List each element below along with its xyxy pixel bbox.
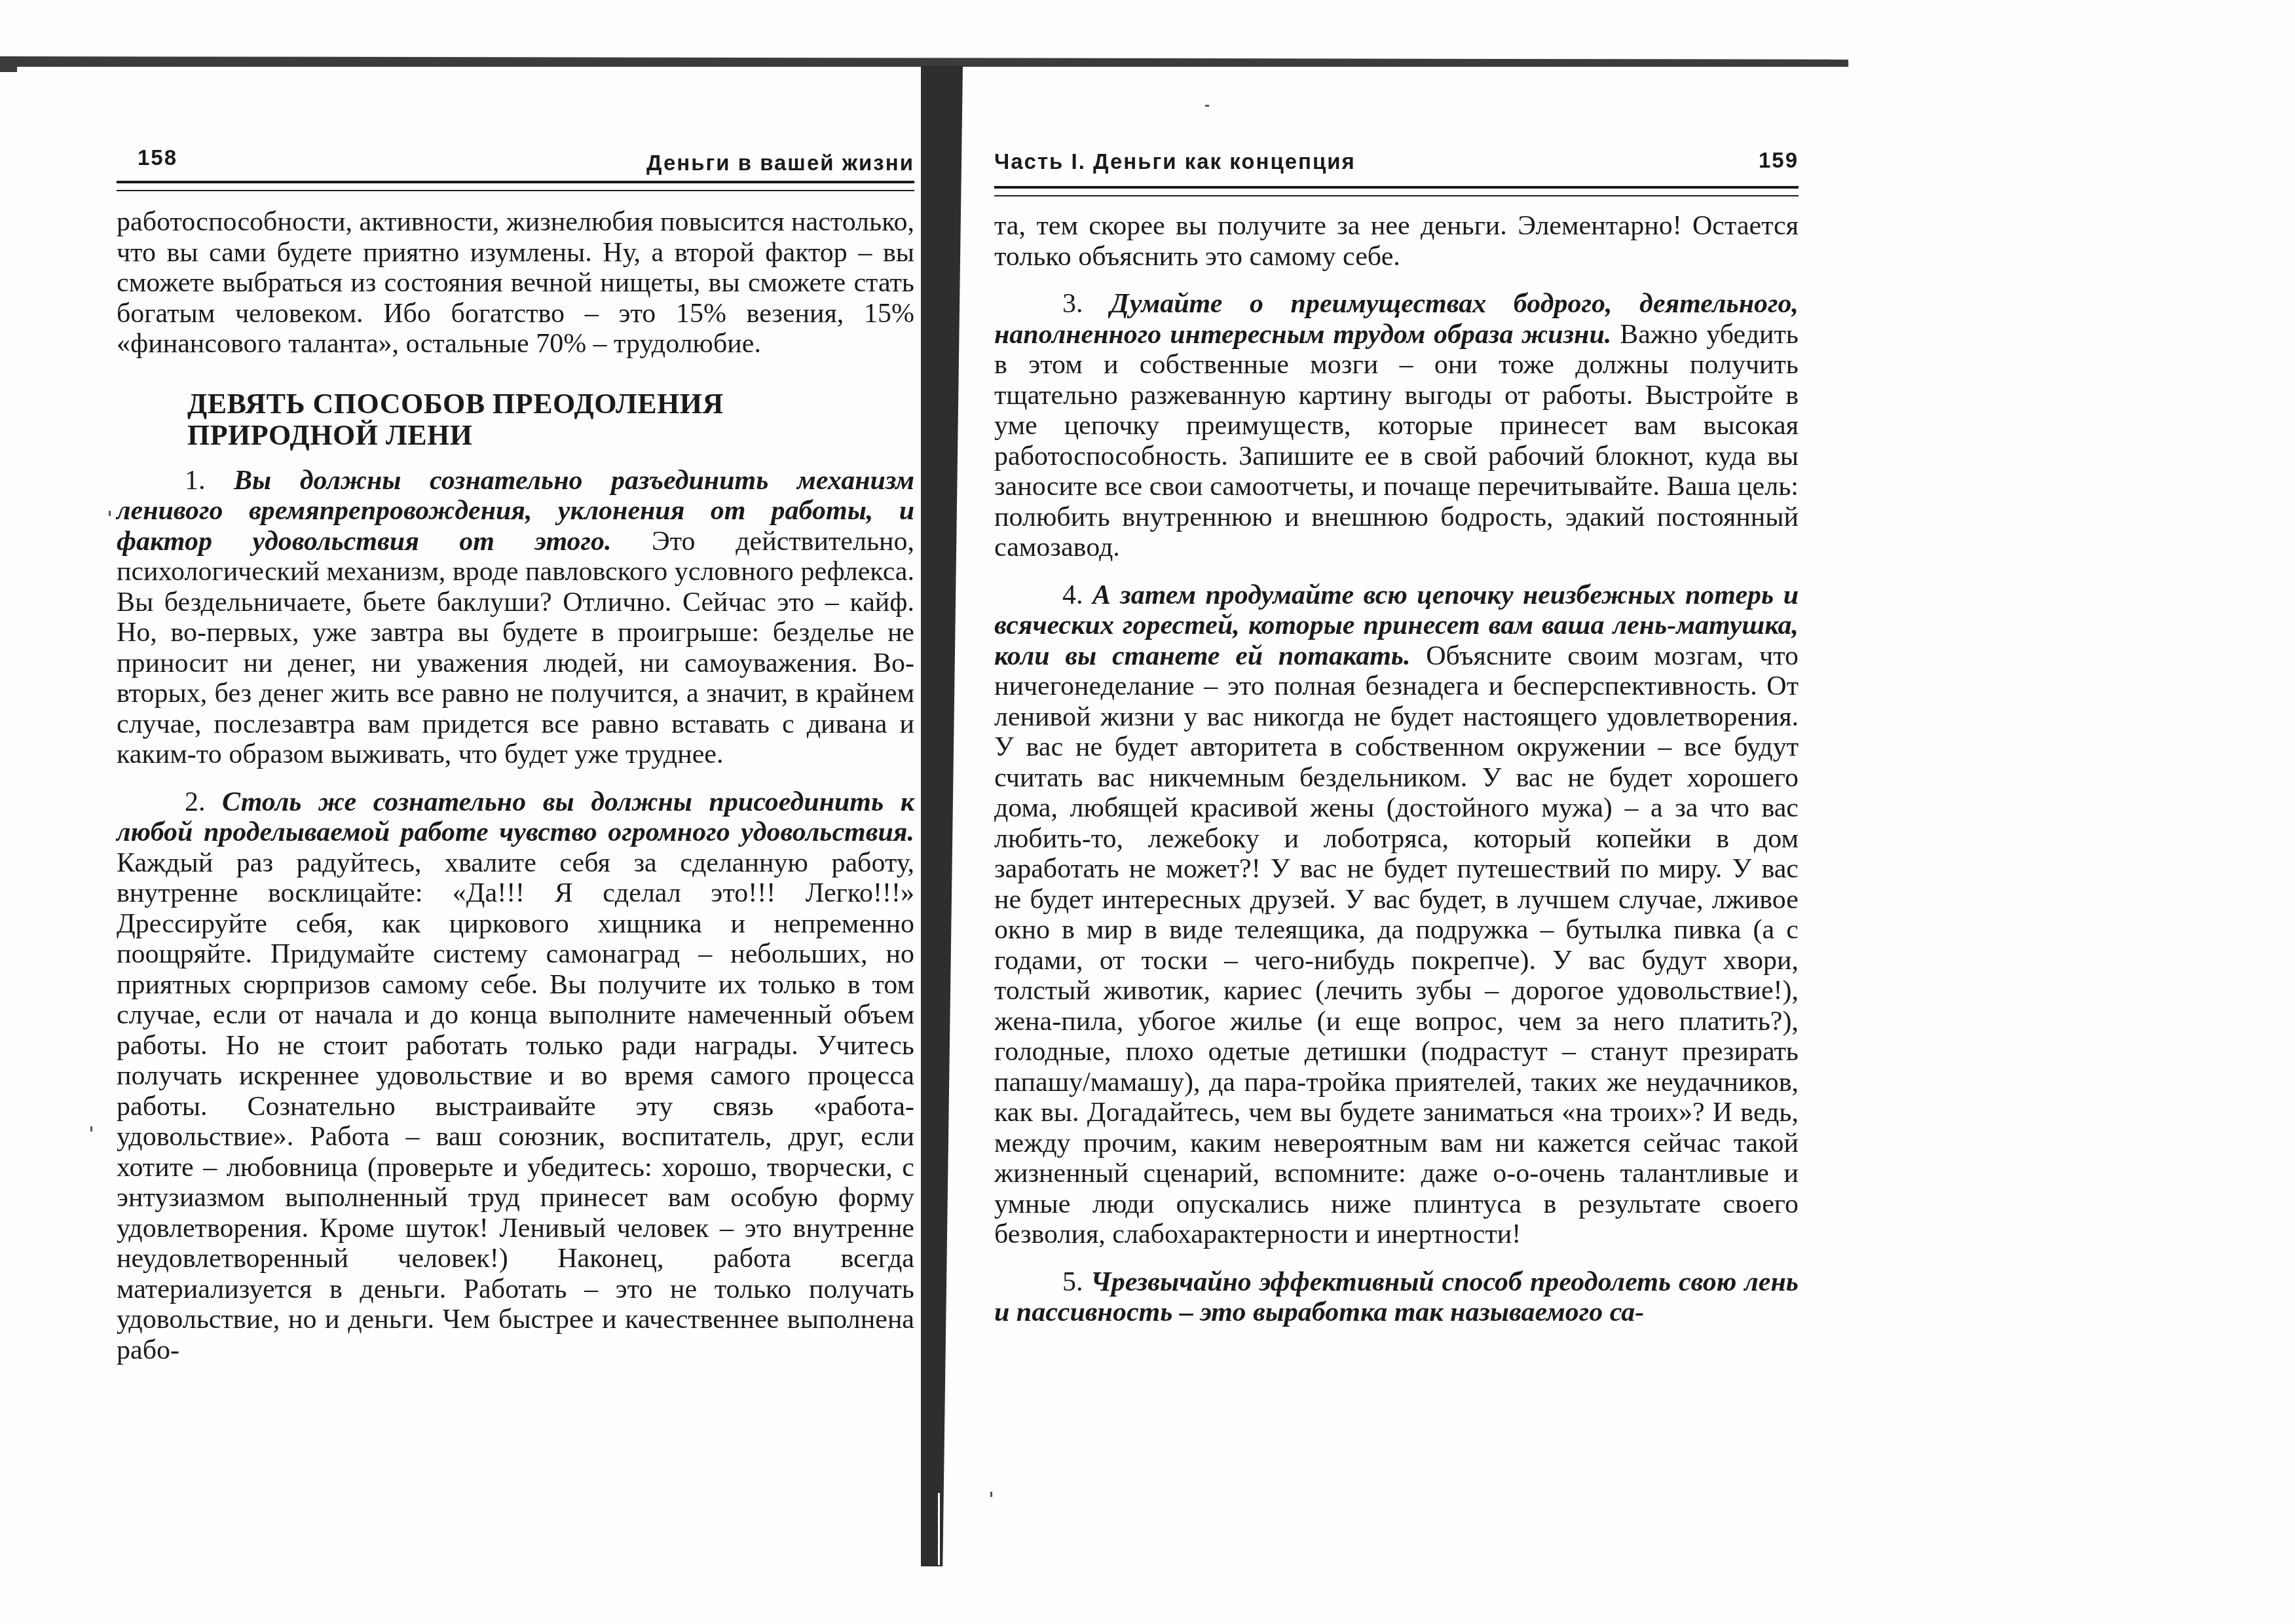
scan-speck	[1205, 105, 1209, 107]
item-number: 2.	[185, 787, 206, 817]
page-body: та, тем скорее вы получите за нее деньги…	[994, 211, 1799, 1328]
running-head: 158 Деньги в вашей жизни	[117, 145, 914, 172]
scanned-book-spread: 158 Деньги в вашей жизни работоспособнос…	[0, 0, 2295, 1624]
running-title: Часть I. Деньги как концепция	[994, 149, 1356, 174]
paragraph: та, тем скорее вы получите за нее деньги…	[994, 211, 1799, 272]
running-title: Деньги в вашей жизни	[646, 151, 914, 175]
page-number: 158	[138, 145, 177, 170]
list-item: 5. Чрезвычайно эффективный способ преодо…	[994, 1267, 1799, 1328]
list-item: 3. Думайте о преимуществах бодрого, деят…	[994, 289, 1799, 563]
item-text: Это действительно, психологический механ…	[117, 526, 914, 770]
item-text: Каждый раз радуйтесь, хвалите себя за сд…	[117, 848, 914, 1365]
list-item: 4. А затем продумайте всю цепочку неизбе…	[994, 580, 1799, 1250]
scan-speck	[109, 511, 111, 516]
scan-speck	[990, 1492, 992, 1497]
header-rule	[994, 186, 1799, 196]
header-rule	[117, 181, 914, 191]
item-lead: Чрезвычайно эффективный способ преодолет…	[994, 1267, 1799, 1328]
paragraph: работоспособности, активности, жизнелюби…	[117, 207, 914, 360]
item-text: Объясните своим мозгам, что ничегонедела…	[994, 641, 1799, 1250]
item-number: 3.	[1062, 289, 1083, 319]
list-item: 2. Столь же сознательно вы должны присое…	[117, 787, 914, 1366]
list-item: 1. Вы должны сознательно разъединить мех…	[117, 466, 914, 770]
item-number: 4.	[1062, 580, 1083, 610]
running-head: Часть I. Деньги как концепция 159	[994, 145, 1799, 172]
section-heading: ДЕВЯТЬ СПОСОБОВ ПРЕОДОЛЕНИЯ ПРИРОДНОЙ ЛЕ…	[187, 388, 914, 451]
item-number: 5.	[1062, 1267, 1083, 1297]
spine-gap-line	[938, 1493, 940, 1565]
page-number: 159	[1759, 148, 1799, 173]
item-text: Важно убедить в этом и собственные мозги…	[994, 320, 1799, 563]
item-lead: Столь же сознательно вы должны присоедин…	[117, 787, 914, 848]
scan-top-edge-tab	[0, 63, 17, 72]
item-number: 1.	[185, 466, 206, 496]
book-spine-shadow	[921, 65, 963, 1566]
scan-top-edge-shadow	[0, 56, 1848, 67]
page-body: работоспособности, активности, жизнелюби…	[117, 207, 914, 1365]
scan-speck	[90, 1126, 92, 1132]
